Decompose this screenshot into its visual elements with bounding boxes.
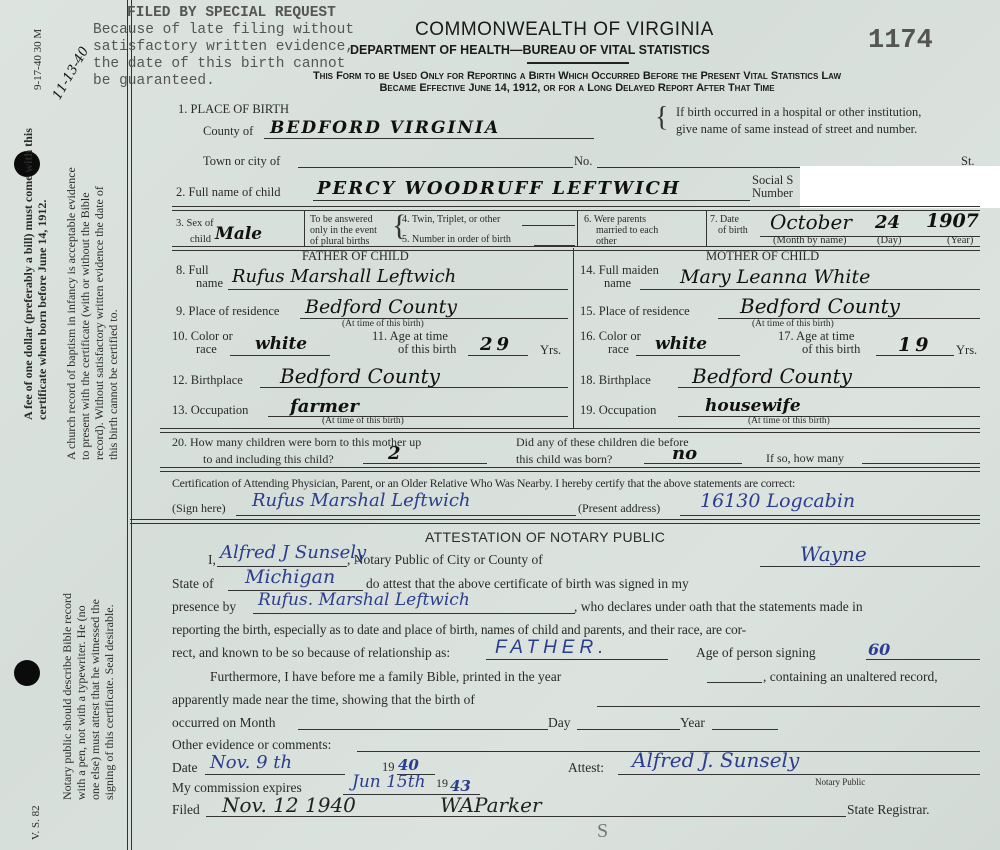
attest-label: Attest: (568, 760, 604, 776)
presence-underline (253, 613, 575, 614)
page-title: COMMONWEALTH OF VIRGINIA (415, 19, 714, 41)
father-race-underline (230, 355, 330, 356)
county-label: County of (203, 124, 253, 139)
occurred-year-field[interactable] (712, 729, 778, 730)
row-divider (160, 467, 980, 472)
child-name-underline (313, 200, 750, 201)
father-residence-field[interactable]: Bedford County (305, 296, 457, 318)
children-count-field[interactable]: 2 (388, 443, 401, 464)
parent-signature-field[interactable]: Rufus Marshal Leftwich (252, 490, 471, 511)
oath-text: , who declares under oath that the state… (574, 599, 863, 615)
fee-note: A fee of one dollar (preferably a bill) … (21, 128, 49, 420)
row-divider (130, 519, 980, 524)
form-code: 9-17-40 30 M (32, 29, 44, 90)
date-label: Date (172, 760, 197, 776)
father-residence-label: 9. Place of residence (176, 304, 279, 319)
occurred-day-field[interactable] (577, 729, 680, 730)
county-underline (264, 138, 594, 139)
mother-occupation-label: 19. Occupation (580, 403, 656, 418)
notary-attest-signature[interactable]: Alfred J. Sunsely (632, 748, 799, 772)
father-name-field[interactable]: Rufus Marshall Leftwich (232, 266, 456, 287)
father-residence-underline (300, 318, 568, 319)
father-age-underline (468, 355, 528, 356)
bible-year-field[interactable] (707, 682, 762, 683)
occurred-day-label: Day (548, 715, 571, 731)
row-divider-top (172, 206, 980, 211)
dob-month-field[interactable]: October (770, 210, 852, 234)
plural-birth-note: To be answered only in the event of plur… (310, 214, 377, 247)
reporting-text: reporting the birth, especially as to da… (172, 622, 746, 638)
hospital-note: If birth occurred in a hospital or other… (676, 104, 921, 138)
relationship-field[interactable]: FATHER. (495, 637, 608, 659)
church-record-note: A church record of baptism in infancy is… (64, 167, 120, 460)
other-evidence-label: Other evidence or comments: (172, 737, 331, 753)
signer-age-field[interactable]: 60 (868, 640, 890, 659)
father-age-field[interactable]: 29 (480, 334, 513, 355)
sex-field[interactable]: Male (215, 224, 262, 244)
state-registrar-label: State Registrar. (847, 802, 929, 818)
father-name-label: 8. Full name (176, 264, 223, 290)
relationship-underline (486, 659, 668, 660)
mother-race-field[interactable]: white (655, 334, 707, 354)
mother-name-field[interactable]: Mary Leanna White (680, 266, 870, 288)
mother-occupation-caption: (At time of this birth) (748, 416, 830, 426)
notary-county-underline (760, 566, 980, 567)
mother-race-label: 16. Color or race (580, 330, 641, 356)
twin-label: 4. Twin, Triplet, or other (402, 214, 500, 225)
street-number-label: No. (574, 154, 592, 169)
occurred-year-label: Year (680, 715, 705, 731)
bible-text-2: , containing an unaltered record, (763, 669, 938, 685)
relationship-label: rect, and known to be so because of rela… (172, 645, 450, 661)
date-underline (205, 774, 345, 775)
presence-label: presence by (172, 599, 236, 615)
apparently-text: apparently made near the time, showing t… (172, 692, 475, 708)
twin-field[interactable] (522, 225, 575, 226)
bible-text-1: Furthermore, I have before me a family B… (210, 669, 561, 685)
notary-section-heading: Attestation of Notary Public (425, 529, 665, 545)
mother-name-underline (640, 289, 980, 290)
form-id: V. S. 82 (30, 805, 42, 840)
commission-date-field[interactable]: Jun 15th (352, 772, 426, 792)
father-name-underline (228, 289, 568, 290)
mother-name-label: 14. Full maiden name (580, 264, 659, 290)
children-died-field[interactable]: no (672, 443, 697, 464)
filed-label: Filed (172, 802, 200, 818)
father-age-label: 11. Age at time of this birth (372, 330, 456, 356)
presence-by-field[interactable]: Rufus. Marshal Leftwich (258, 590, 470, 610)
sign-here-label: (Sign here) (172, 501, 226, 516)
signer-age-underline (866, 659, 980, 660)
punch-hole-bottom (14, 660, 40, 686)
father-occupation-field[interactable]: farmer (290, 396, 359, 417)
dob-day-field[interactable]: 24 (875, 212, 900, 233)
filed-date-field[interactable]: Nov. 12 1940 (222, 793, 356, 817)
mother-race-underline (636, 355, 740, 356)
mother-birthplace-label: 18. Birthplace (580, 373, 651, 388)
town-field[interactable] (298, 167, 573, 168)
margin-rule-inner (131, 0, 132, 850)
how-many-field[interactable] (862, 463, 980, 464)
parents-married-label: 6. Were parents married to each other (584, 214, 658, 247)
notary-instruction-note: Notary public should describe Bible reco… (60, 593, 116, 800)
dob-label: 7. Date of birth (710, 214, 748, 236)
state-field[interactable]: Michigan (245, 566, 335, 588)
row-divider (160, 428, 980, 433)
dob-year-caption: (Year) (947, 235, 973, 246)
registrar-signature: WAParker (440, 793, 542, 817)
attest-underline (618, 774, 980, 775)
parent-column-divider (573, 248, 574, 428)
place-of-birth-heading: 1. PLACE OF BIRTH (178, 102, 289, 117)
father-age-unit: Yrs. (540, 343, 561, 358)
mother-heading: MOTHER OF CHILD (706, 249, 819, 264)
header-rule (527, 62, 629, 64)
address-underline (680, 515, 980, 516)
signer-age-label: Age of person signing (696, 645, 816, 661)
mother-residence-label: 15. Place of residence (580, 304, 690, 319)
col-divider (577, 210, 578, 246)
notary-date-field[interactable]: Nov. 9 th (210, 752, 292, 773)
certificate-number: 1174 (868, 26, 933, 56)
commission-year-prefix: 19 (436, 776, 448, 791)
signature-underline (236, 515, 576, 516)
father-residence-caption: (At time of this birth) (342, 319, 424, 329)
mother-birthplace-field[interactable]: Bedford County (692, 364, 852, 388)
birth-of-field[interactable] (597, 706, 980, 707)
notary-county-label: , Notary Public of City or County of (347, 552, 543, 568)
father-birthplace-field[interactable]: Bedford County (280, 364, 440, 388)
child-name-field[interactable]: PERCY WOODRUFF LEFTWICH (317, 178, 681, 199)
dob-day-caption: (Day) (877, 235, 902, 246)
footer-mark: S (597, 820, 608, 843)
mother-age-unit: Yrs. (956, 343, 977, 358)
form-usage-note: This Form to be Used Only for Reporting … (172, 70, 982, 94)
sex-label: 3. Sex of child (176, 216, 214, 248)
father-occupation-caption: (At time of this birth) (322, 416, 404, 426)
ssn-label: Social S Number (752, 174, 793, 200)
county-field[interactable]: BEDFORD VIRGINIA (270, 118, 500, 138)
margin-rule (127, 0, 128, 850)
present-address-field[interactable]: 16130 Logcabin (700, 490, 855, 512)
present-address-label: (Present address) (578, 501, 660, 516)
father-race-label: 10. Color or race (172, 330, 233, 356)
mother-occupation-field[interactable]: housewife (705, 396, 801, 416)
mother-residence-caption: (At time of this birth) (752, 319, 834, 329)
notary-public-caption: Notary Public (815, 777, 865, 787)
father-occupation-label: 13. Occupation (172, 403, 248, 418)
children-count-underline (363, 463, 487, 464)
birth-order-label: 5. Number in order of birth (402, 234, 511, 245)
mother-age-label: 17. Age at time of this birth (778, 330, 860, 356)
state-label: State of (172, 576, 214, 592)
father-heading: FATHER OF CHILD (302, 249, 409, 264)
mother-age-field[interactable]: 19 (898, 334, 932, 356)
child-name-label: 2. Full name of child (176, 185, 281, 200)
hospital-brace: { (655, 104, 668, 132)
birth-certificate-page: 9-17-40 30 M 11-13-40 A fee of one dolla… (0, 0, 1000, 850)
occurred-month-label: occurred on Month (172, 715, 275, 731)
certification-statement: Certification of Attending Physician, Pa… (172, 476, 795, 491)
town-label: Town or city of (203, 154, 280, 169)
mother-residence-field[interactable]: Bedford County (740, 294, 900, 318)
dob-year-field[interactable]: 1907 (926, 210, 979, 232)
notary-name-field[interactable]: Alfred J Sunsely (220, 542, 366, 563)
notary-county-field[interactable]: Wayne (800, 542, 867, 566)
col-divider (304, 210, 305, 246)
department-subtitle: DEPARTMENT OF HEALTH—BUREAU OF VITAL STA… (350, 43, 710, 57)
notary-intro: I, (208, 552, 216, 568)
ssn-redaction (800, 166, 1000, 208)
col-divider (706, 210, 707, 246)
handwritten-date: 11-13-40 (50, 44, 92, 102)
father-race-field[interactable]: white (255, 334, 307, 354)
row-divider (172, 246, 980, 251)
how-many-label: If so, how many (766, 451, 844, 466)
occurred-month-field[interactable] (298, 729, 548, 730)
dob-month-caption: (Month by name) (773, 235, 847, 246)
father-birthplace-label: 12. Birthplace (172, 373, 243, 388)
